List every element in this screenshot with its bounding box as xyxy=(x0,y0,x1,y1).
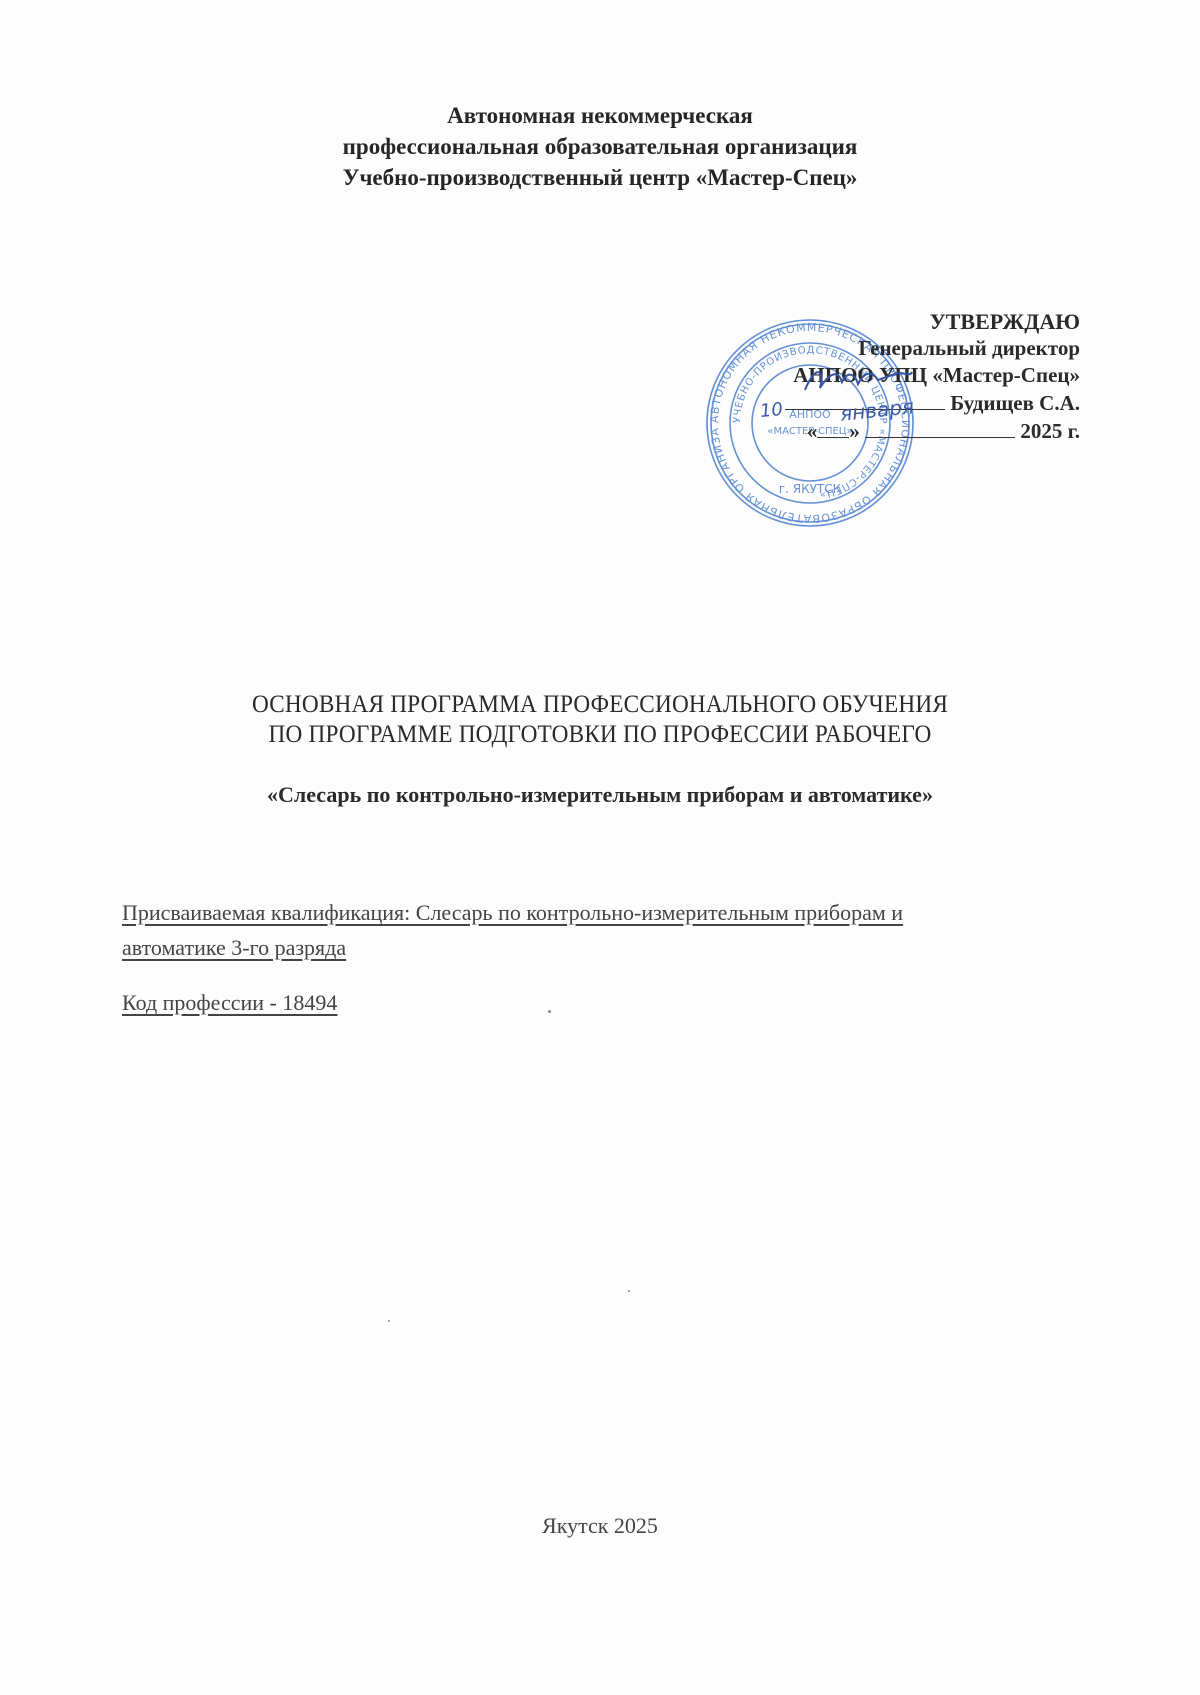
organization-header: Автономная некоммерческая профессиональн… xyxy=(0,100,1200,193)
approval-date-line: «» 2025 г. xyxy=(700,417,1080,445)
org-line-2: профессиональная образовательная организ… xyxy=(0,131,1200,162)
qualification-line-2: автоматике 3-го разряда xyxy=(122,935,346,960)
profession-title: «Слесарь по контрольно-измерительным при… xyxy=(0,782,1200,808)
quote-open: « xyxy=(807,419,818,443)
scan-speck xyxy=(628,1290,630,1292)
profession-code-text: Код профессии - 18494 xyxy=(122,990,337,1015)
date-year: 2025 г. xyxy=(1020,419,1080,443)
profession-code: Код профессии - 18494 xyxy=(122,990,337,1016)
scan-speck xyxy=(388,1320,390,1322)
qualification: Присваиваемая квалификация: Слесарь по к… xyxy=(122,895,1122,965)
document-page: Автономная некоммерческая профессиональн… xyxy=(0,0,1200,1695)
signature-icon xyxy=(800,360,920,400)
qualification-line-1: Присваиваемая квалификация: Слесарь по к… xyxy=(122,900,903,925)
org-line-1: Автономная некоммерческая xyxy=(0,100,1200,131)
handwritten-day: 10 xyxy=(759,399,784,422)
signatory-name: Будищев С.А. xyxy=(950,391,1080,415)
program-title: ОСНОВНАЯ ПРОГРАММА ПРОФЕССИОНАЛЬНОГО ОБУ… xyxy=(42,690,1158,750)
program-title-line-1: ОСНОВНАЯ ПРОГРАММА ПРОФЕССИОНАЛЬНОГО ОБУ… xyxy=(42,690,1158,720)
footer-city-year: Якутск 2025 xyxy=(0,1513,1200,1539)
approval-title: УТВЕРЖДАЮ xyxy=(700,308,1080,335)
scan-speck xyxy=(548,1010,551,1013)
org-line-3: Учебно-производственный центр «Мастер-Сп… xyxy=(0,162,1200,193)
program-title-line-2: ПО ПРОГРАММЕ ПОДГОТОВКИ ПО ПРОФЕССИИ РАБ… xyxy=(42,720,1158,750)
stamp-city: г. ЯКУТСК xyxy=(779,482,842,496)
approval-position: Генеральный директор xyxy=(700,335,1080,362)
